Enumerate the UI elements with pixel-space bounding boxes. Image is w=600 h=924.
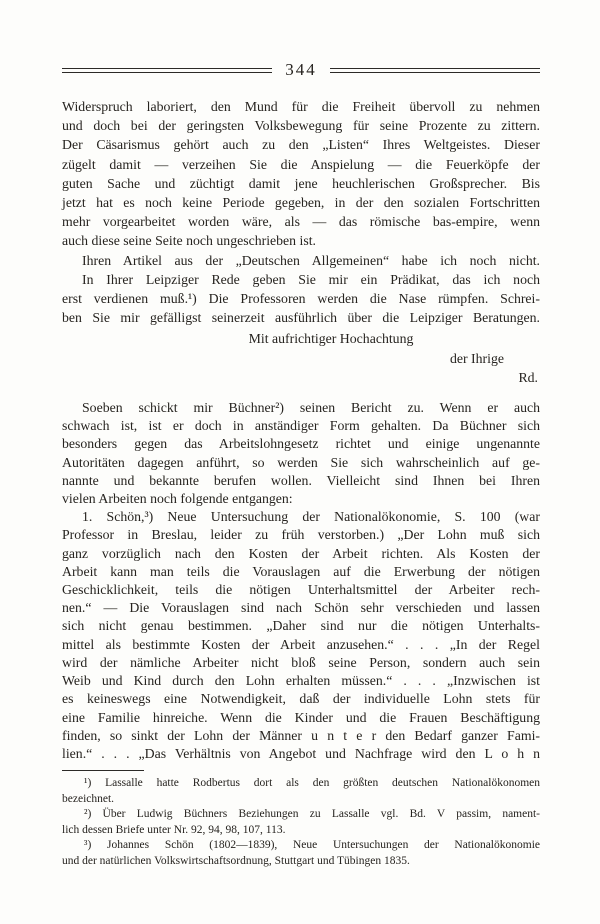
text-line: erst verdienen muß.¹) Die Professoren we… (62, 289, 540, 308)
text-line: In Ihrer Leipziger Rede geben Sie mir ei… (62, 270, 540, 289)
scanned-page: 344 Widerspruch laboriert, den Mund für … (0, 0, 600, 924)
letter-signature: der Ihrige (62, 349, 540, 368)
text-line: 1. Schön,³) Neue Untersuchung der Nation… (62, 508, 540, 526)
footnote-line: ²) Über Ludwig Büchners Beziehungen zu L… (62, 807, 540, 823)
letter-initials: Rd. (62, 368, 540, 387)
text-line: wird der nämliche Arbeiter nicht bloß se… (62, 654, 540, 672)
footnote-line: lich dessen Briefe unter Nr. 92, 94, 98,… (62, 823, 540, 839)
footnote-separator (62, 770, 144, 771)
letter-body: Widerspruch laboriert, den Mund für die … (62, 97, 540, 387)
text-line: Widerspruch laboriert, den Mund für die … (62, 97, 540, 116)
text-line: ganz vorzüglich nach den Kosten der Arbe… (62, 545, 540, 563)
text-line: Arbeit kann man teils die Vorauslagen au… (62, 563, 540, 581)
text-line: es keineswegs eine Notwendigkeit, daß de… (62, 690, 540, 708)
text-line: und doch bei der geringsten Volksbewegun… (62, 116, 540, 135)
text-line: mehr vorgearbeitet worden wäre, als — da… (62, 212, 540, 231)
text-line: nannte und bekannte berufen wollen. Viel… (62, 472, 540, 490)
text-line: vielen Arbeiten noch folgende entgangen: (62, 490, 540, 508)
footnote-line: ¹) Lassalle hatte Rodbertus dort als den… (62, 776, 540, 792)
text-line: lien.“ . . . „Das Verhältnis von Angebot… (62, 745, 540, 763)
text-line: finden, so sinkt der Lohn der Männer u n… (62, 727, 540, 745)
text-line: Der Cäsarismus gehört auch zu den „Liste… (62, 135, 540, 154)
text-line: besonders gegen das Arbeitslohngesetz ri… (62, 435, 540, 453)
page-number: 344 (285, 61, 317, 78)
footnote-line: und der natürlichen Volkswirtschaftsordn… (62, 854, 540, 870)
text-line: ben Sie mir gefälligst seinerzeit ausfüh… (62, 308, 540, 327)
text-line: Autoritäten dagegen anführt, so werden S… (62, 454, 540, 472)
footnote-line: ³) Johannes Schön (1802—1839), Neue Unte… (62, 838, 540, 854)
text-line: Geschicklichkeit, teils die nötigen Unte… (62, 581, 540, 599)
text-line: auch diese seine Seite noch ungeschriebe… (62, 231, 540, 250)
text-line: Ihren Artikel aus der „Deutschen Allgeme… (62, 251, 540, 270)
text-line: zügelt damit — verzeihen Sie die Anspiel… (62, 155, 540, 174)
header-rule-left (62, 68, 272, 73)
text-line: sich nicht genau bestimmen. „Daher sind … (62, 617, 540, 635)
text-line: jetzt hat es noch keine Periode gegeben,… (62, 193, 540, 212)
text-line: guten Sache und züchtigt damit jene heuc… (62, 174, 540, 193)
text-line: Weib und Kind durch den Lohn erhalten mü… (62, 672, 540, 690)
text-line: Professor in Breslau, leider zu früh ver… (62, 526, 540, 544)
header-rule-right (330, 68, 540, 73)
text-line: nen.“ — Die Vorauslagen sind nach Schön … (62, 599, 540, 617)
letter-closing: Mit aufrichtiger Hochachtung (92, 329, 570, 348)
postscript-body: Soeben schickt mir Büchner²) seinen Beri… (62, 399, 540, 763)
text-line: schwach ist, ist er doch in anständiger … (62, 417, 540, 435)
text-line: eine Familie hinreiche. Wenn die Kinder … (62, 709, 540, 727)
text-line: mittel als bestimmte Kosten der Arbeit a… (62, 636, 540, 654)
text-line: Soeben schickt mir Büchner²) seinen Beri… (62, 399, 540, 417)
page-header: 344 (62, 58, 540, 82)
footnote-line: bezeichnet. (62, 792, 540, 808)
footnotes: ¹) Lassalle hatte Rodbertus dort als den… (62, 776, 540, 870)
